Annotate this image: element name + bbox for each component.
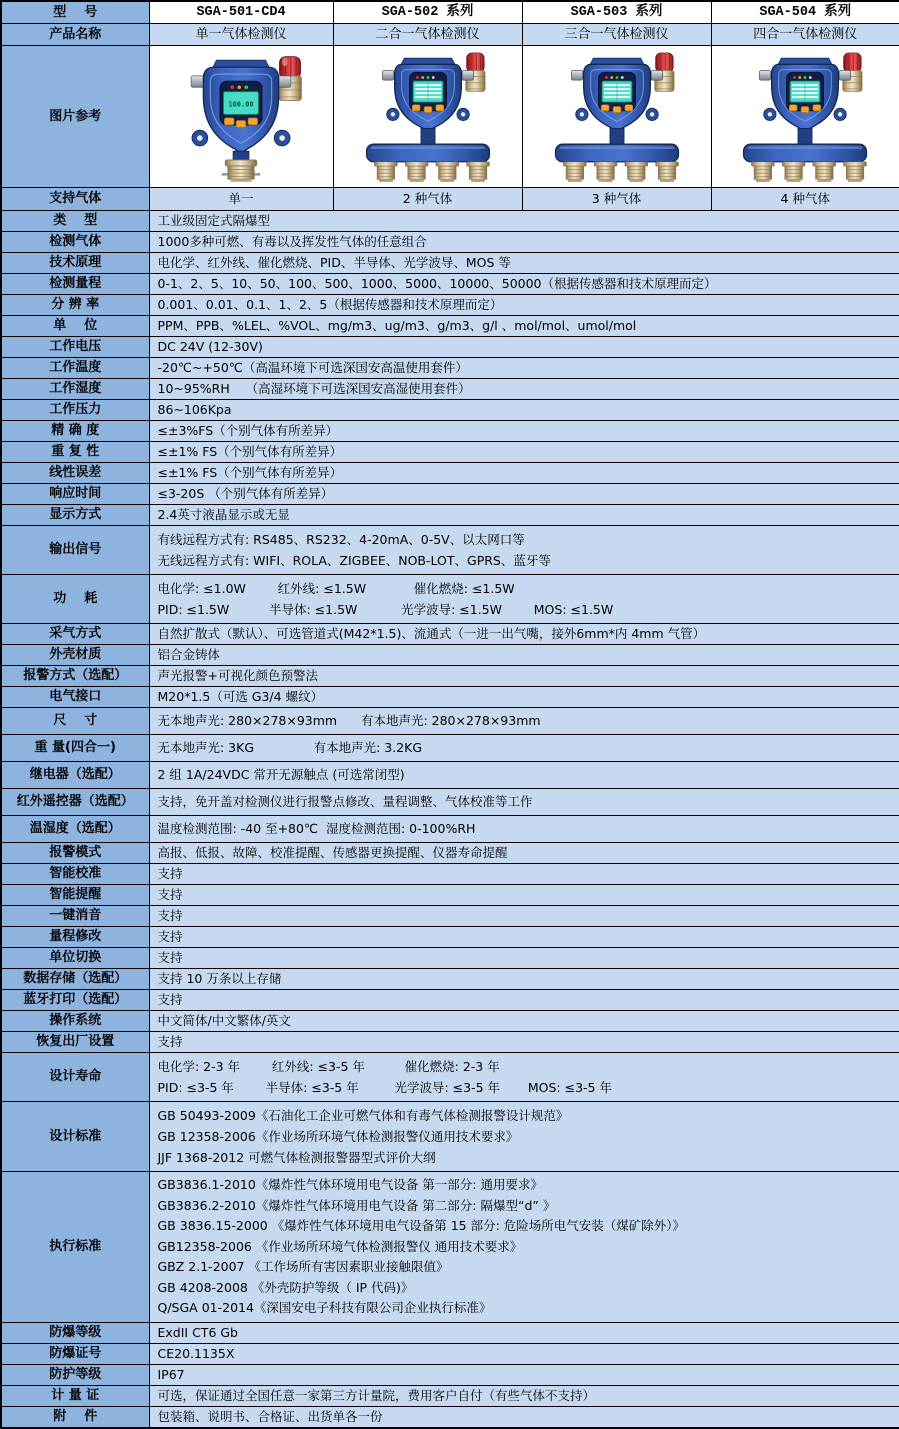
device-image-quad xyxy=(711,46,899,188)
spec-value: 温度检测范围: -40 至+80℃ 湿度检测范围: 0-100%RH xyxy=(149,816,899,843)
spec-value: 支持 xyxy=(149,1032,899,1053)
device-image-single: 100.00 xyxy=(149,46,333,188)
spec-value: GB3836.1-2010《爆炸性气体环境用电气设备 第一部分: 通用要求》 G… xyxy=(149,1172,899,1323)
spec-row-alarm-modes: 报警模式高报、低报、故障、校准提醒、传感器更换提醒、仪器寿命提醒 xyxy=(1,843,899,864)
spec-value: IP67 xyxy=(149,1364,899,1385)
spec-row-linearity: 线性误差≤±1% FS（个别气体有所差异） xyxy=(1,463,899,484)
gas-detector-multi-illustration xyxy=(726,51,884,183)
spec-label: 操作系统 xyxy=(1,1011,149,1032)
spec-value: 声光报警+可视化颜色预警法 xyxy=(149,666,899,687)
spec-value: 0.001、0.01、0.1、1、2、5（根据传感器和技术原理而定） xyxy=(149,295,899,316)
spec-label: 计 量 证 xyxy=(1,1385,149,1406)
spec-label: 智能提醒 xyxy=(1,885,149,906)
spec-row-type: 类 型工业级固定式隔爆型 xyxy=(1,211,899,232)
gas-count-triple: 3 种气体 xyxy=(522,188,711,211)
gas-count-dual: 2 种气体 xyxy=(333,188,522,211)
gas-detector-single-illustration: 100.00 xyxy=(171,51,311,183)
image-row-label: 图片参考 xyxy=(1,46,149,188)
spec-row-power-consumption: 功 耗电化学: ≤1.0W 红外线: ≤1.5W 催化燃烧: ≤1.5W PID… xyxy=(1,575,899,624)
model-sga-503: SGA-503 系列 xyxy=(522,1,711,24)
model-sga-504: SGA-504 系列 xyxy=(711,1,899,24)
spec-label: 精 确 度 xyxy=(1,421,149,442)
spec-row-range-modify: 量程修改支持 xyxy=(1,927,899,948)
product-spec-table: 型 号 SGA-501-CD4 SGA-502 系列 SGA-503 系列 SG… xyxy=(0,0,899,1429)
spec-row-metrology-cert: 计 量 证可选，保证通过全国任意一家第三方计量院，费用客户自付（有些气体不支持） xyxy=(1,1385,899,1406)
spec-value: 无本地声光: 3KG 有本地声光: 3.2KG xyxy=(149,735,899,762)
spec-row-housing: 外壳材质铝合金铸体 xyxy=(1,645,899,666)
spec-row-smart-reminder: 智能提醒支持 xyxy=(1,885,899,906)
spec-row-relay: 继电器（选配）2 组 1A/24VDC 常开无源触点 (可选常闭型) xyxy=(1,762,899,789)
product-name-single: 单一气体检测仪 xyxy=(149,24,333,46)
spec-label: 检测气体 xyxy=(1,232,149,253)
spec-label: 一键消音 xyxy=(1,906,149,927)
spec-label: 外壳材质 xyxy=(1,645,149,666)
spec-value: 高报、低报、故障、校准提醒、传感器更换提醒、仪器寿命提醒 xyxy=(149,843,899,864)
spec-label: 设计寿命 xyxy=(1,1053,149,1102)
spec-row-dimensions: 尺 寸无本地声光: 280×278×93mm 有本地声光: 280×278×93… xyxy=(1,708,899,735)
spec-row-sampling: 采气方式自然扩散式（默认）、可选管道式(M42*1.5)、流通式（一进一出气嘴，… xyxy=(1,624,899,645)
spec-row-accuracy: 精 确 度≤±3%FS（个别气体有所差异） xyxy=(1,421,899,442)
spec-value: DC 24V (12-30V) xyxy=(149,337,899,358)
spec-label: 智能校准 xyxy=(1,864,149,885)
spec-label: 执行标准 xyxy=(1,1172,149,1323)
spec-value: 中文简体/中文繁体/英文 xyxy=(149,1011,899,1032)
spec-value: ≤±1% FS（个别气体有所差异） xyxy=(149,463,899,484)
gas-count-single: 单一 xyxy=(149,188,333,211)
spec-label: 单位切换 xyxy=(1,948,149,969)
spec-label: 分 辨 率 xyxy=(1,295,149,316)
spec-value: 支持，免开盖对检测仪进行报警点修改、量程调整、气体校准等工作 xyxy=(149,789,899,816)
spec-label: 附 件 xyxy=(1,1406,149,1428)
spec-label: 电气接口 xyxy=(1,687,149,708)
spec-value: 有线远程方式有: RS485、RS232、4-20mA、0-5V、以太网口等 无… xyxy=(149,526,899,575)
spec-value: ≤±1% FS（个别气体有所差异） xyxy=(149,442,899,463)
spec-label: 工作温度 xyxy=(1,358,149,379)
spec-row-bluetooth-print: 蓝牙打印（选配）支持 xyxy=(1,990,899,1011)
spec-row-accessories: 附 件包装箱、说明书、合格证、出货单各一份 xyxy=(1,1406,899,1428)
spec-value: ≤3-20S （个别气体有所差异） xyxy=(149,484,899,505)
supported-gas-row: 支持气体 单一 2 种气体 3 种气体 4 种气体 xyxy=(1,188,899,211)
spec-row-resolution: 分 辨 率0.001、0.01、0.1、1、2、5（根据传感器和技术原理而定） xyxy=(1,295,899,316)
spec-label: 功 耗 xyxy=(1,575,149,624)
product-name-dual: 二合一气体检测仪 xyxy=(333,24,522,46)
spec-label: 数据存储（选配） xyxy=(1,969,149,990)
spec-value: 支持 xyxy=(149,906,899,927)
spec-row-display: 显示方式2.4英寸液晶显示或无显 xyxy=(1,505,899,526)
spec-value: 铝合金铸体 xyxy=(149,645,899,666)
spec-label: 重 量(四合一) xyxy=(1,735,149,762)
spec-label: 设计标准 xyxy=(1,1102,149,1172)
spec-value: 2 组 1A/24VDC 常开无源触点 (可选常闭型) xyxy=(149,762,899,789)
gas-detector-body: 100.00 xyxy=(191,60,291,162)
spec-row-explosion-proof-grade: 防爆等级ExdII CT6 Gb xyxy=(1,1322,899,1343)
spec-row-detect-gas: 检测气体1000多种可燃、有毒以及挥发性气体的任意组合 xyxy=(1,232,899,253)
spec-row-one-key-mute: 一键消音支持 xyxy=(1,906,899,927)
device-image-triple xyxy=(522,46,711,188)
spec-value: 自然扩散式（默认）、可选管道式(M42*1.5)、流通式（一进一出气嘴，接外6m… xyxy=(149,624,899,645)
spec-row-unit-switch: 单位切换支持 xyxy=(1,948,899,969)
spec-label: 工作湿度 xyxy=(1,379,149,400)
gas-row-label: 支持气体 xyxy=(1,188,149,211)
spec-label: 蓝牙打印（选配） xyxy=(1,990,149,1011)
gas-detector-multi-illustration xyxy=(349,51,507,183)
spec-value: 86~106Kpa xyxy=(149,400,899,421)
product-row-label: 产品名称 xyxy=(1,24,149,46)
model-sga-502: SGA-502 系列 xyxy=(333,1,522,24)
spec-row-output-signal: 输出信号有线远程方式有: RS485、RS232、4-20mA、0-5V、以太网… xyxy=(1,526,899,575)
spec-row-principle: 技术原理电化学、红外线、催化燃烧、PID、半导体、光学波导、MOS 等 xyxy=(1,253,899,274)
spec-row-alarm-method: 报警方式（选配）声光报警+可视化颜色预警法 xyxy=(1,666,899,687)
spec-label: 报警方式（选配） xyxy=(1,666,149,687)
spec-value: GB 50493-2009《石油化工企业可燃气体和有毒气体检测报警设计规范》 G… xyxy=(149,1102,899,1172)
spec-row-repeatability: 重 复 性≤±1% FS（个别气体有所差异） xyxy=(1,442,899,463)
gas-count-quad: 4 种气体 xyxy=(711,188,899,211)
spec-value: 包装箱、说明书、合格证、出货单各一份 xyxy=(149,1406,899,1428)
spec-value: 0-1、2、5、10、50、100、500、1000、5000、10000、50… xyxy=(149,274,899,295)
spec-value: M20*1.5（可选 G3/4 螺纹） xyxy=(149,687,899,708)
model-sga-501: SGA-501-CD4 xyxy=(149,1,333,24)
spec-row-units: 单 位PPM、PPB、%LEL、%VOL、mg/m3、ug/m3、g/m3、g/… xyxy=(1,316,899,337)
spec-value: 1000多种可燃、有毒以及挥发性气体的任意组合 xyxy=(149,232,899,253)
spec-row-electrical-interface: 电气接口M20*1.5（可选 G3/4 螺纹） xyxy=(1,687,899,708)
spec-row-range: 检测量程0-1、2、5、10、50、100、500、1000、5000、1000… xyxy=(1,274,899,295)
spec-row-os: 操作系统中文简体/中文繁体/英文 xyxy=(1,1011,899,1032)
spec-label: 防护等级 xyxy=(1,1364,149,1385)
spec-row-pressure: 工作压力86~106Kpa xyxy=(1,400,899,421)
spec-value: -20℃~+50℃（高温环境下可选深国安高温使用套件） xyxy=(149,358,899,379)
spec-label: 类 型 xyxy=(1,211,149,232)
spec-label: 工作压力 xyxy=(1,400,149,421)
model-row: 型 号 SGA-501-CD4 SGA-502 系列 SGA-503 系列 SG… xyxy=(1,1,899,24)
image-row: 图片参考 xyxy=(1,46,899,188)
spec-value: 支持 10 万条以上存储 xyxy=(149,969,899,990)
spec-label: 检测量程 xyxy=(1,274,149,295)
product-name-quad: 四合一气体检测仪 xyxy=(711,24,899,46)
model-row-label: 型 号 xyxy=(1,1,149,24)
spec-label: 恢复出厂设置 xyxy=(1,1032,149,1053)
spec-label: 继电器（选配） xyxy=(1,762,149,789)
spec-label: 单 位 xyxy=(1,316,149,337)
spec-row-execution-standards: 执行标准GB3836.1-2010《爆炸性气体环境用电气设备 第一部分: 通用要… xyxy=(1,1172,899,1323)
spec-value: 支持 xyxy=(149,885,899,906)
spec-label: 工作电压 xyxy=(1,337,149,358)
spec-label: 线性误差 xyxy=(1,463,149,484)
spec-label: 重 复 性 xyxy=(1,442,149,463)
spec-value: 可选，保证通过全国任意一家第三方计量院，费用客户自付（有些气体不支持） xyxy=(149,1385,899,1406)
spec-row-ir-remote: 红外遥控器（选配）支持，免开盖对检测仪进行报警点修改、量程调整、气体校准等工作 xyxy=(1,789,899,816)
spec-label: 采气方式 xyxy=(1,624,149,645)
spec-row-humidity: 工作湿度10~95%RH （高湿环境下可选深国安高湿使用套件） xyxy=(1,379,899,400)
device-image-dual xyxy=(333,46,522,188)
spec-value: 2.4英寸液晶显示或无显 xyxy=(149,505,899,526)
spec-value: 电化学: ≤1.0W 红外线: ≤1.5W 催化燃烧: ≤1.5W PID: ≤… xyxy=(149,575,899,624)
spec-value: 支持 xyxy=(149,864,899,885)
gas-detector-multi-illustration xyxy=(538,51,696,183)
spec-value: 支持 xyxy=(149,927,899,948)
gas-sensor-icon xyxy=(222,159,261,181)
device-screen-value: 100.00 xyxy=(228,100,253,108)
spec-row-explosion-proof-cert: 防爆证号CE20.1135X xyxy=(1,1343,899,1364)
spec-label: 防爆证号 xyxy=(1,1343,149,1364)
spec-value: ≤±3%FS（个别气体有所差异） xyxy=(149,421,899,442)
spec-value: PPM、PPB、%LEL、%VOL、mg/m3、ug/m3、g/m3、g/l 、… xyxy=(149,316,899,337)
spec-value: 支持 xyxy=(149,990,899,1011)
spec-value: 无本地声光: 280×278×93mm 有本地声光: 280×278×93mm xyxy=(149,708,899,735)
spec-row-smart-calibration: 智能校准支持 xyxy=(1,864,899,885)
spec-value: 电化学、红外线、催化燃烧、PID、半导体、光学波导、MOS 等 xyxy=(149,253,899,274)
product-name-triple: 三合一气体检测仪 xyxy=(522,24,711,46)
spec-row-data-storage: 数据存储（选配）支持 10 万条以上存储 xyxy=(1,969,899,990)
spec-row-weight: 重 量(四合一)无本地声光: 3KG 有本地声光: 3.2KG xyxy=(1,735,899,762)
spec-label: 技术原理 xyxy=(1,253,149,274)
spec-row-temp: 工作温度-20℃~+50℃（高温环境下可选深国安高温使用套件） xyxy=(1,358,899,379)
spec-label: 红外遥控器（选配） xyxy=(1,789,149,816)
spec-value: ExdII CT6 Gb xyxy=(149,1322,899,1343)
spec-row-temp-humidity-option: 温湿度（选配）温度检测范围: -40 至+80℃ 湿度检测范围: 0-100%R… xyxy=(1,816,899,843)
spec-row-design-standards: 设计标准GB 50493-2009《石油化工企业可燃气体和有毒气体检测报警设计规… xyxy=(1,1102,899,1172)
spec-label: 报警模式 xyxy=(1,843,149,864)
spec-row-ip-rating: 防护等级IP67 xyxy=(1,1364,899,1385)
spec-label: 量程修改 xyxy=(1,927,149,948)
spec-label: 显示方式 xyxy=(1,505,149,526)
spec-value: 电化学: 2-3 年 红外线: ≤3-5 年 催化燃烧: 2-3 年 PID: … xyxy=(149,1053,899,1102)
spec-value: CE20.1135X xyxy=(149,1343,899,1364)
spec-row-response-time: 响应时间≤3-20S （个别气体有所差异） xyxy=(1,484,899,505)
spec-value: 支持 xyxy=(149,948,899,969)
spec-value: 10~95%RH （高湿环境下可选深国安高湿使用套件） xyxy=(149,379,899,400)
spec-row-design-life: 设计寿命电化学: 2-3 年 红外线: ≤3-5 年 催化燃烧: 2-3 年 P… xyxy=(1,1053,899,1102)
spec-label: 温湿度（选配） xyxy=(1,816,149,843)
spec-label: 响应时间 xyxy=(1,484,149,505)
product-name-row: 产品名称 单一气体检测仪 二合一气体检测仪 三合一气体检测仪 四合一气体检测仪 xyxy=(1,24,899,46)
spec-row-factory-reset: 恢复出厂设置支持 xyxy=(1,1032,899,1053)
spec-label: 防爆等级 xyxy=(1,1322,149,1343)
spec-label: 输出信号 xyxy=(1,526,149,575)
spec-label: 尺 寸 xyxy=(1,708,149,735)
spec-row-voltage: 工作电压DC 24V (12-30V) xyxy=(1,337,899,358)
spec-value: 工业级固定式隔爆型 xyxy=(149,211,899,232)
